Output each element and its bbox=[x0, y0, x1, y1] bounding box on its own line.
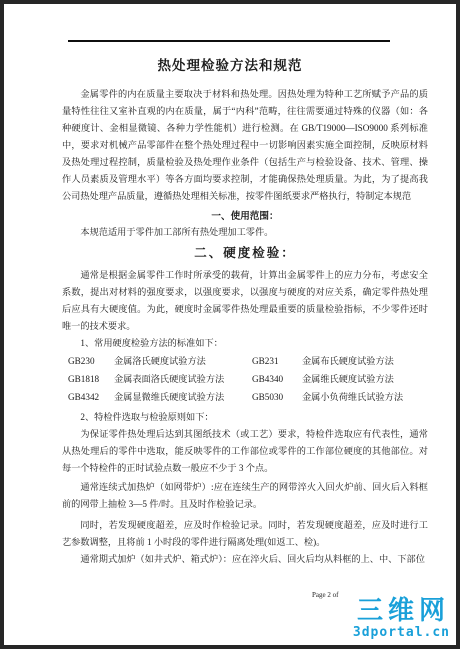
watermark: 三维网 3dportal.cn bbox=[353, 596, 450, 639]
section2-heading: 二、硬度检验： bbox=[62, 244, 428, 263]
document-body: 金属零件的内在质量主要取决于材料和热处理。因热处理为特种工艺所赋予产品的质量特性… bbox=[4, 86, 456, 568]
list-item-2: 2、特检件选取与检验原则如下： bbox=[62, 409, 428, 426]
standard-name: 金属表面洛氏硬度试验方法 bbox=[114, 370, 252, 388]
standards-row: GB230 金属洛氏硬度试验方法 GB231 金属布氏硬度试验方法 bbox=[68, 352, 428, 370]
standard-code: GB4340 bbox=[252, 370, 302, 388]
watermark-url: 3dportal.cn bbox=[353, 626, 450, 639]
list-item-1: 1、常用硬度检验方法的标准如下： bbox=[62, 335, 428, 352]
standards-table: GB230 金属洛氏硬度试验方法 GB231 金属布氏硬度试验方法 GB1818… bbox=[62, 352, 428, 406]
document-page: 热处理检验方法和规范 金属零件的内在质量主要取决于材料和热处理。因热处理为特种工… bbox=[4, 4, 456, 645]
section2-paragraph-3: 通常连续式加热炉（如网带炉）:应在连续生产的网带淬火入回火炉前、回火后入料框前的… bbox=[62, 479, 428, 513]
section1-paragraph: 本规范适用于零件加工部所有热处理加工零件。 bbox=[62, 224, 428, 241]
standard-code: GB230 bbox=[68, 352, 114, 370]
standard-name: 金属布氏硬度试验方法 bbox=[302, 352, 428, 370]
section2-paragraph-2: 为保证零件热处理后达到其图纸技术（或工艺）要求，特检件选取应有代表性，通常从热处… bbox=[62, 426, 428, 477]
standard-code: GB1818 bbox=[68, 370, 114, 388]
standard-code: GB231 bbox=[252, 352, 302, 370]
intro-paragraph: 金属零件的内在质量主要取决于材料和热处理。因热处理为特种工艺所赋予产品的质量特性… bbox=[62, 86, 428, 205]
document-title: 热处理检验方法和规范 bbox=[4, 56, 456, 76]
standard-name: 金属维氏硬度试验方法 bbox=[302, 370, 428, 388]
standards-row: GB4342 金属显微维氏硬度试验方法 GB5030 金属小负荷维氏试验方法 bbox=[68, 388, 428, 406]
section2-paragraph-5: 通常期式加炉（如井式炉、箱式炉）：应在淬火后、回火后均从料框的上、中、下部位 bbox=[62, 551, 428, 568]
standard-name: 金属小负荷维氏试验方法 bbox=[302, 388, 428, 406]
standard-name: 金属显微维氏硬度试验方法 bbox=[114, 388, 252, 406]
section2-paragraph-4: 同时，若发现硬度超差，应及时作检验记录。同时，若发现硬度超差，应及时进行工艺参数… bbox=[62, 517, 428, 551]
standard-code: GB5030 bbox=[252, 388, 302, 406]
standard-name: 金属洛氏硬度试验方法 bbox=[114, 352, 252, 370]
watermark-logo-text: 三维网 bbox=[353, 596, 450, 626]
standards-row: GB1818 金属表面洛氏硬度试验方法 GB4340 金属维氏硬度试验方法 bbox=[68, 370, 428, 388]
page-number: Page 2 of bbox=[312, 591, 338, 599]
standard-code: GB4342 bbox=[68, 388, 114, 406]
header-rule bbox=[68, 40, 390, 42]
page-footer: Page 2 of 三维网 3dportal.cn bbox=[318, 587, 450, 639]
section1-heading: 一、使用范围： bbox=[62, 209, 428, 224]
screenshot-frame: 热处理检验方法和规范 金属零件的内在质量主要取决于材料和热处理。因热处理为特种工… bbox=[0, 0, 460, 649]
section2-paragraph-1: 通常是根据金属零件工作时所承受的载荷，计算出金属零件上的应力分布，考虑安全系数，… bbox=[62, 267, 428, 335]
